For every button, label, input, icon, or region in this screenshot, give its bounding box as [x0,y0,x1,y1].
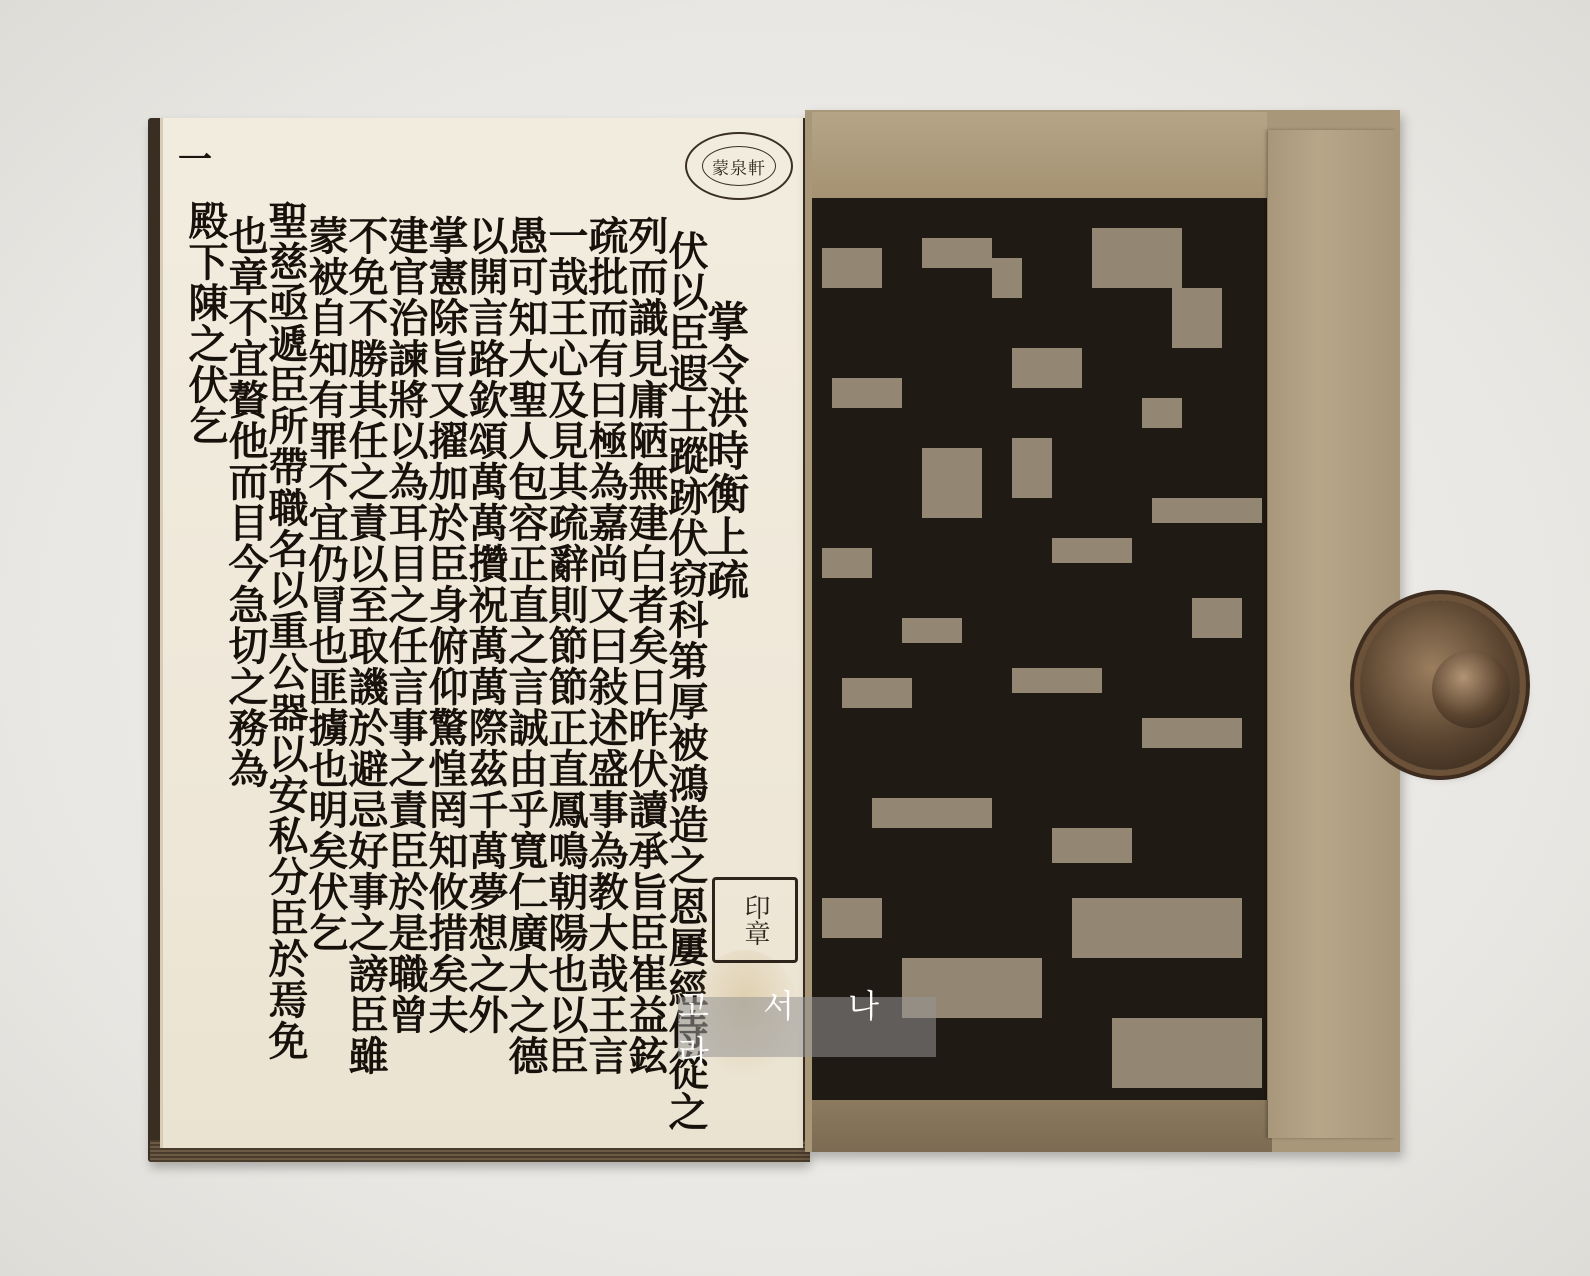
text-column: 聖慈亟遞臣所帶職名以重公器以安私分臣於焉免 [265,160,305,1080]
ink-rubbing-panel [812,198,1267,1100]
square-seal: 印章 [712,877,798,963]
text-column: 也章不宜贅他而目今急切之務為 [225,160,265,1080]
text-column: 蒙被自知有罪不宜仍冒也匪擄也明矣伏乞 [305,160,345,1080]
text-column: 以開言路欽頌萬萬攢祝萬萬際茲千萬夢想之外 [465,160,505,1080]
text-column: 建官治諫將以為耳目之任言事之責臣於是職曾 [385,160,425,1080]
text-column: 不免不勝其任之責以至取譏於避忌好事之謗臣雖 [345,160,385,1080]
text-column: 疏批而有曰極為嘉尚又曰敍述盛事為教大哉王言 [585,160,625,1080]
watermark: 고 서 나 라 [678,997,936,1057]
text-column: 伏以臣遐土蹤跡伏窃科第厚被鴻造之恩屢經侍從之 [665,160,705,1080]
text-column: 一哉王心及見其疏辭則節節正直鳳鳴朝陽也以臣 [545,160,585,1080]
manuscript-text: 掌令洪時衡上疏 伏以臣遐土蹤跡伏窃科第厚被鴻造之恩屢經侍從之 列而識見庸陋無建白… [175,160,745,1080]
text-column: 掌憲除旨又擢加於臣身俯仰驚惶罔知攸措矣夫 [425,160,465,1080]
text-column: 殿下陳之伏乞 [185,160,225,1080]
cover-top-band [812,112,1267,198]
text-column: 愚可知大聖人包容正直之言誠由乎寬仁廣大之德 [505,160,545,1080]
clasp-knob [1432,650,1510,728]
cover-bottom-band [812,1100,1272,1152]
text-column: 列而識見庸陋無建白者矣日昨伏讀承旨臣崔益鉉 [625,160,665,1080]
